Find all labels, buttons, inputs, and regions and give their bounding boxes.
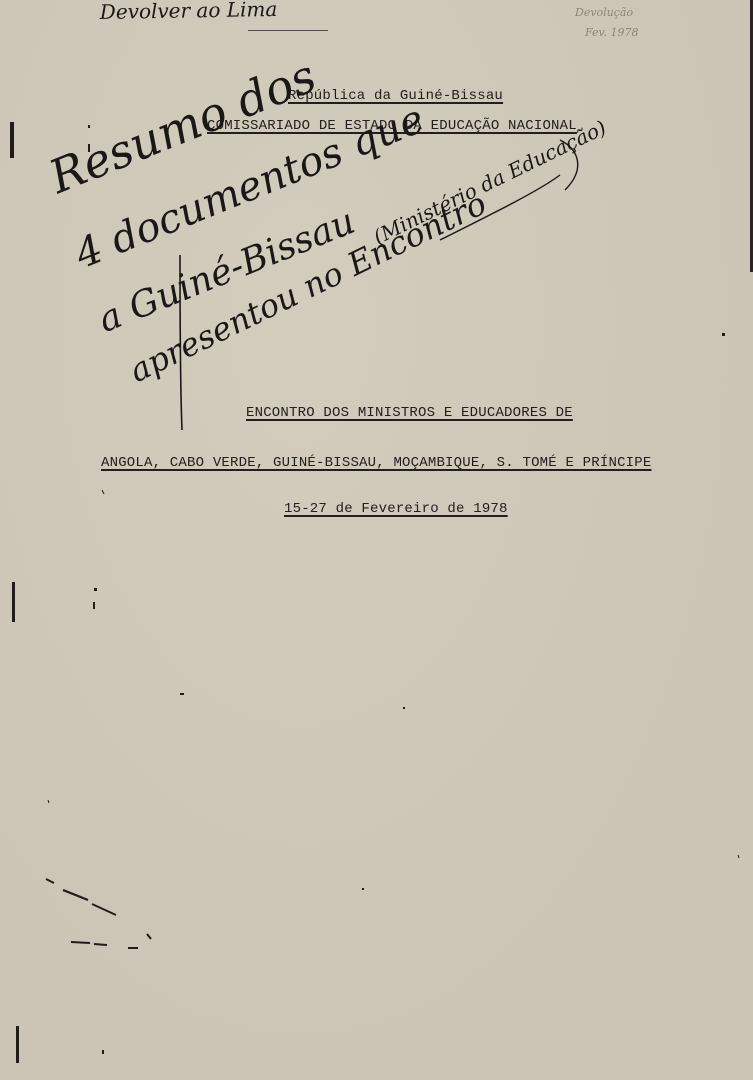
faint-stamp-line-2: Fev. 1978 <box>585 26 638 39</box>
ink-underline <box>248 30 328 31</box>
scanned-page: Devolver ao Lima Devolução Fev. 1978 Rep… <box>0 0 753 1080</box>
scan-dot <box>88 144 90 152</box>
meeting-dates: 15-27 de Fevereiro de 1978 <box>284 501 508 517</box>
scan-dot <box>362 888 364 890</box>
scan-dot <box>180 693 184 695</box>
binder-hole-mark <box>16 1026 19 1063</box>
binder-hole-mark <box>10 122 14 158</box>
scan-dot <box>88 125 90 128</box>
scan-dot <box>722 333 725 336</box>
meeting-title: ENCONTRO DOS MINISTROS E EDUCADORES DE <box>246 405 573 421</box>
scan-dot <box>403 707 405 709</box>
faint-stamp-line-1: Devolução <box>575 6 633 19</box>
handwritten-top-note: Devolver ao Lima <box>100 0 278 24</box>
binder-hole-mark <box>12 582 15 622</box>
meeting-countries: ANGOLA, CABO VERDE, GUINÉ-BISSAU, MOÇAMB… <box>101 455 652 471</box>
scan-dot <box>102 1050 104 1054</box>
scan-dot <box>93 602 95 609</box>
scan-dot <box>94 588 97 591</box>
